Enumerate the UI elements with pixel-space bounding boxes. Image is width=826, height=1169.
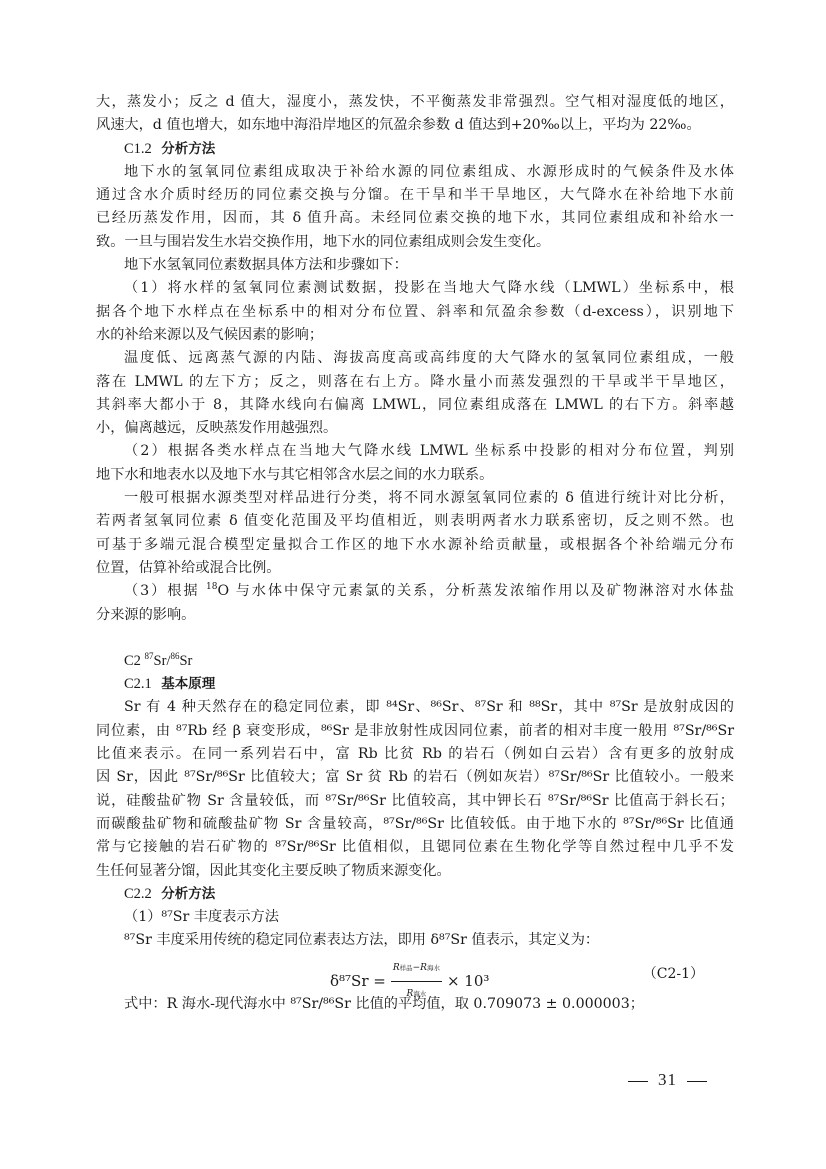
section-heading-c2-1: C2.1 基本原理 <box>96 673 734 696</box>
section-heading-c2: C2 87Sr/86Sr <box>96 650 734 673</box>
text-line: 致。一旦与围岩发生水岩交换作用，地下水的同位素组成则会发生变化。 <box>96 231 734 254</box>
fraction-numerator: R样品−R海水 <box>391 957 442 982</box>
section-title: 基本原理 <box>161 676 215 692</box>
document-page: 大，蒸发小；反之 d 值大，湿度小，蒸发快，不平衡蒸发非常强烈。空气相对湿度低的… <box>0 0 826 1169</box>
text-line: 位置，估算补给或混合比例。 <box>96 557 734 580</box>
text-line: （3）根据 18O 与水体中保守元素氯的关系，分析蒸发浓缩作用以及矿物淋溶对水体… <box>96 580 734 603</box>
text-line: 风速大，d 值也增大，如东地中海沿岸地区的氘盈余参数 d 值达到+20‰以上，平… <box>96 114 734 137</box>
text-line: 同位素，由 ⁸⁷Rb 经 β 衰变形成，⁸⁶Sr 是非放射性成因同位素，前者的相… <box>96 720 734 743</box>
dash-left <box>628 1081 648 1082</box>
text-line: 生任何显著分馏，因此其变化主要反映了物质来源变化。 <box>96 860 734 883</box>
text-line: 地下水的氢氧同位素组成取决于补给水源的同位素组成、水源形成时的气候条件及水体 <box>96 161 734 184</box>
text-line: 温度低、远离蒸气源的内陆、海拔高度高或高纬度的大气降水的氢氧同位素组成，一般 <box>96 347 734 370</box>
formula-lhs: δ⁸⁷Sr = <box>330 970 386 993</box>
text-line: 可基于多端元混合模型定量拟合工作区的地下水水源补给贡献量，或根据各个补给端元分布 <box>96 534 734 557</box>
text-line: 而碳酸盐矿物和硫酸盐矿物 Sr 含量较高，⁸⁷Sr/⁸⁶Sr 比值较低。由于地下… <box>96 813 734 836</box>
text-line: 因 Sr，因此 ⁸⁷Sr/⁸⁶Sr 比值较大；富 Sr 贫 Rb 的岩石（例如灰… <box>96 766 734 789</box>
text-line: ⁸⁷Sr 丰度采用传统的稳定同位素表达方法，即用 δ⁸⁷Sr 值表示，其定义为： <box>96 929 734 952</box>
text-line: 地下水氢氧同位素数据具体方法和步骤如下： <box>96 254 734 277</box>
body-text: 大，蒸发小；反之 d 值大，湿度小，蒸发快，不平衡蒸发非常强烈。空气相对湿度低的… <box>96 91 734 1016</box>
section-number: C2.2 <box>124 886 152 902</box>
text-line: （2）根据各类水样点在当地大气降水线 LMWL 坐标系中投影的相对分布位置，判别 <box>96 440 734 463</box>
text-line: （1）将水样的氢氧同位素测试数据，投影在当地大气降水线（LMWL）坐标系中，根 <box>96 277 734 300</box>
text-line: 已经历蒸发作用，因而，其 δ 值升高。未经同位素交换的地下水，其同位素组成和补给… <box>96 207 734 230</box>
section-number: C2.1 <box>124 676 152 692</box>
text-line: 通过含水介质时经历的同位素交换与分馏。在干旱和半干旱地区，大气降水在补给地下水前 <box>96 184 734 207</box>
subsection-heading: （1）⁸⁷Sr 丰度表示方法 <box>96 906 734 929</box>
text-line: 地下水和地表水以及地下水与其它相邻含水层之间的水力联系。 <box>96 464 734 487</box>
text-line: 若两者氢氧同位素 δ 值变化范围及平均值相近，则表明两者水力联系密切，反之则不然… <box>96 510 734 533</box>
text-line: 比值来表示。在同一系列岩石中，富 Rb 比贫 Rb 的岩石（例如白云岩）含有更多… <box>96 743 734 766</box>
text-line: 据各个地下水样点在坐标系中的相对分布位置、斜率和氘盈余参数（d-excess），… <box>96 301 734 324</box>
text-line: Sr 有 4 种天然存在的稳定同位素，即 ⁸⁴Sr、⁸⁶Sr、⁸⁷Sr 和 ⁸⁸… <box>96 696 734 719</box>
dash-right <box>687 1081 707 1082</box>
text-line: 大，蒸发小；反之 d 值大，湿度小，蒸发快，不平衡蒸发非常强烈。空气相对湿度低的… <box>96 91 734 114</box>
formula: δ⁸⁷Sr = R样品−R海水 R海水 × 10³ <box>330 957 489 1007</box>
equation-label: （C2-1） <box>643 963 704 986</box>
text-line: 水的补给来源以及气候因素的影响； <box>96 324 734 347</box>
text-line: 小，偏离越远，反映蒸发作用越强烈。 <box>96 417 734 440</box>
fraction-denominator: R海水 <box>407 982 427 1006</box>
text-line: 分来源的影响。 <box>96 604 734 627</box>
fraction: R样品−R海水 R海水 <box>391 957 442 1007</box>
text-line: 一般可根据水源类型对样品进行分类，将不同水源氢氧同位素的 δ 值进行统计对比分析… <box>96 487 734 510</box>
text-line: 常与它接触的岩石矿物的 ⁸⁷Sr/⁸⁶Sr 比值相似，且锶同位素在生物化学等自然… <box>96 836 734 859</box>
section-heading-c1-2: C1.2 分析方法 <box>96 138 734 161</box>
formula-multiplier: × 10³ <box>447 970 489 993</box>
section-title: 分析方法 <box>161 886 215 902</box>
spacer <box>96 627 734 650</box>
section-title: 分析方法 <box>161 141 215 157</box>
page-number: 31 <box>618 1070 717 1090</box>
section-heading-c2-2: C2.2 分析方法 <box>96 883 734 906</box>
section-number: C1.2 <box>124 141 152 157</box>
text-line: 落在 LMWL 的左下方；反之，则落在右上方。降水量小而蒸发强烈的干旱或半干旱地… <box>96 371 734 394</box>
equation-c2-1: δ⁸⁷Sr = R样品−R海水 R海水 × 10³ （C2-1） <box>96 953 734 993</box>
text-line: 说，硅酸盐矿物 Sr 含量较低，而 ⁸⁷Sr/⁸⁶Sr 比值较高，其中钾长石 ⁸… <box>96 790 734 813</box>
text-line: 其斜率大都小于 8，其降水线向右偏离 LMWL，同位素组成落在 LMWL 的右下… <box>96 394 734 417</box>
